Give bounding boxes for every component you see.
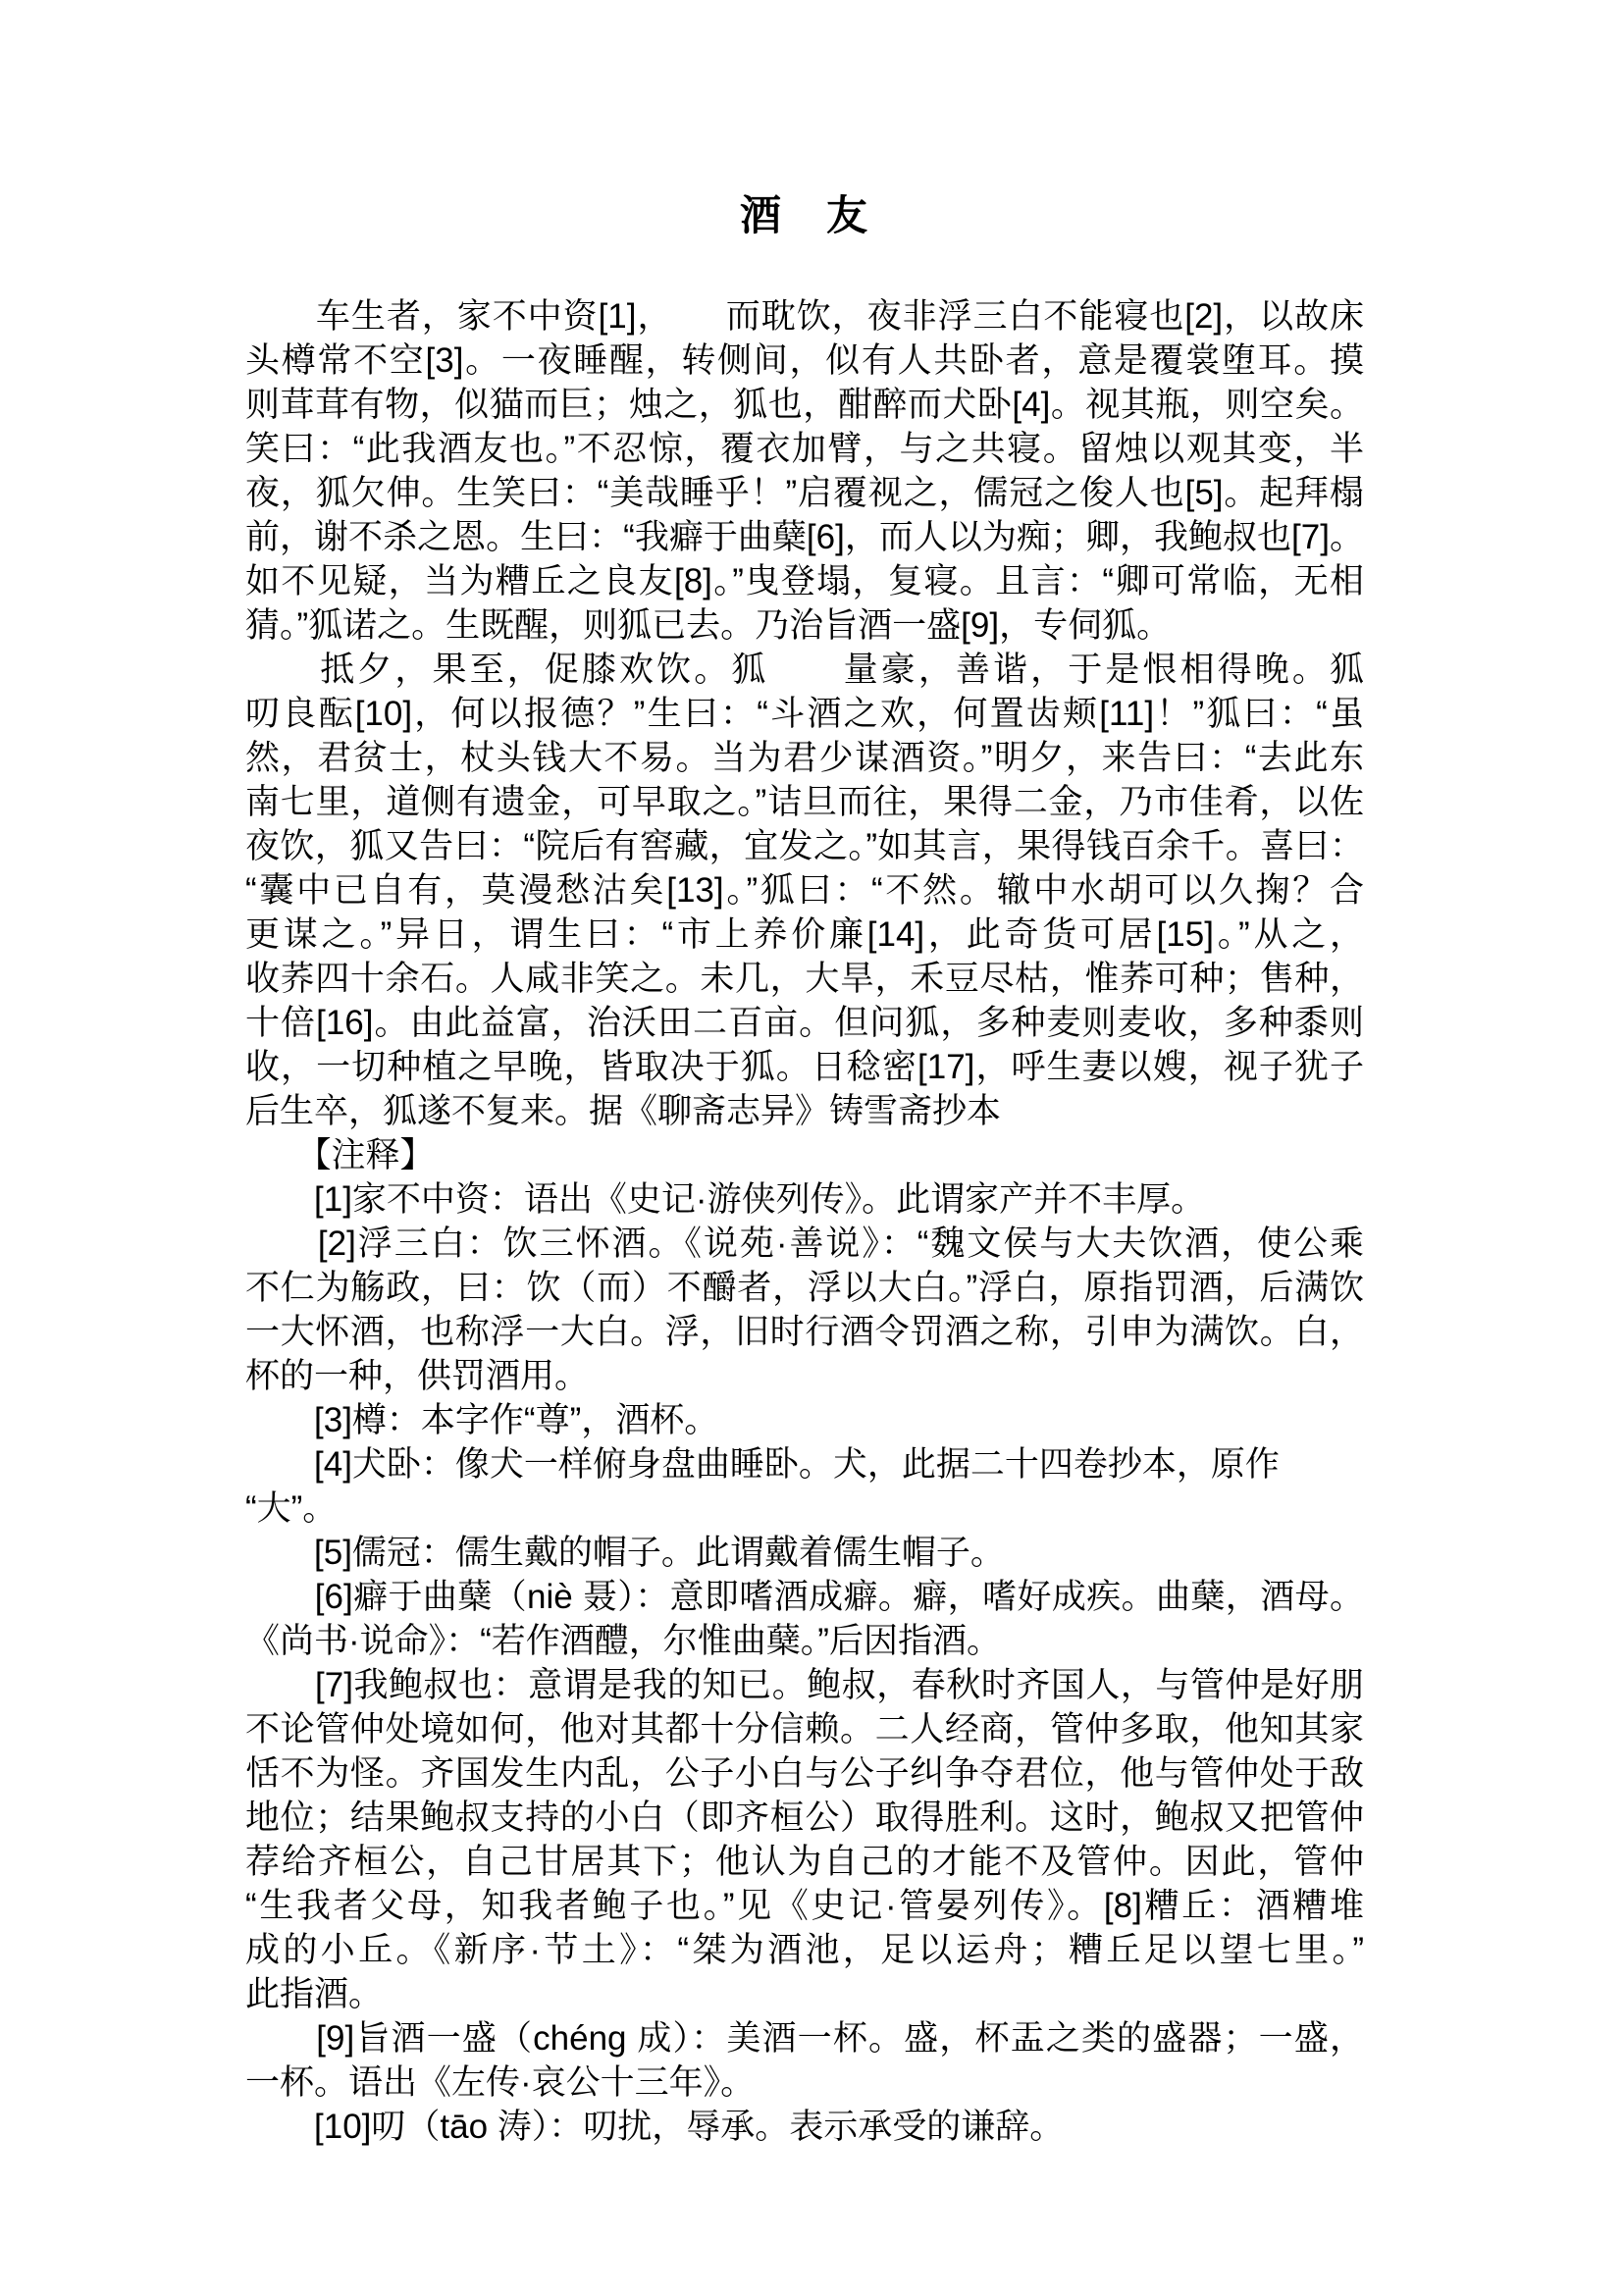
text-line-41: 一杯。语出《左传·哀公十三年》。 xyxy=(245,2060,1364,2105)
text-line-34: 恬不为怪。齐国发生内乱，公子小白与公子纠争夺君位，他与管仲处于敌对 xyxy=(245,1751,1364,1796)
text-line-15: 更谋之。”异日，谓生曰：“市上养价廉[14]，此奇货可居[15]。”从之， xyxy=(245,912,1364,957)
text-line-39: 此指酒。 xyxy=(245,1972,1364,2016)
text-line-29: [5]儒冠：儒生戴的帽子。此谓戴着儒生帽子。 xyxy=(245,1531,1364,1575)
text-line-20: 【注释】 xyxy=(245,1133,1364,1177)
text-line-1: 车生者，家不中资[1]， 而耽饮，夜非浮三白不能寝也[2]，以故床 xyxy=(245,294,1364,339)
text-line-30: [6]癖于曲蘖（niè 聂）：意即嗜酒成癖。癖，嗜好成疾。曲蘖，酒母。 xyxy=(245,1575,1364,1619)
text-line-10: 叨良酝[10]，何以报德？”生曰：“斗酒之欢，何置齿颊[11]！”狐曰：“虽 xyxy=(245,692,1364,736)
text-line-5: 夜，狐欠伸。生笑曰：“美哉睡乎！”启覆视之，儒冠之俊人也[5]。起拜榻 xyxy=(245,471,1364,515)
text-line-7: 如不见疑，当为糟丘之良友[8]。”曳登塌，复寝。且言：“卿可常临，无相 xyxy=(245,559,1364,603)
text-line-14: “囊中已自有，莫漫愁沽矣[13]。”狐曰：“不然。辙中水胡可以久掬？合 xyxy=(245,868,1364,912)
text-line-13: 夜饮，狐又告曰：“院后有窖藏，宜发之。”如其言，果得钱百余千。喜曰： xyxy=(245,824,1364,868)
text-line-2: 头樽常不空[3]。一夜睡醒，转侧间，似有人共卧者，意是覆裳堕耳。摸之， xyxy=(245,339,1364,383)
text-line-3: 则茸茸有物，似猫而巨；烛之，狐也，酣醉而犬卧[4]。视其瓶，则空矣。因 xyxy=(245,383,1364,427)
text-line-37: “生我者父母，知我者鲍子也。”见《史记·管晏列传》。[8]糟丘：酒糟堆 xyxy=(245,1884,1364,1928)
text-line-4: 笑曰：“此我酒友也。”不忍惊，覆衣加臂，与之共寝。留烛以观其变，半 xyxy=(245,427,1364,471)
text-line-25: 杯的一种，供罚酒用。 xyxy=(245,1354,1364,1398)
text-line-19: 后生卒，狐遂不复来。据《聊斋志异》铸雪斋抄本 xyxy=(245,1089,1364,1133)
text-line-40: [9]旨酒一盛（chéng 成）：美酒一杯。盛，杯盂之类的盛器；一盛，犹 xyxy=(245,2016,1364,2060)
document-page: 酒 友 车生者，家不中资[1]， 而耽饮，夜非浮三白不能寝也[2]，以故床头樽常… xyxy=(0,0,1624,2294)
text-line-26: [3]樽：本字作“尊”，酒杯。 xyxy=(245,1398,1364,1442)
text-line-24: 一大怀酒，也称浮一大白。浮，旧时行酒令罚酒之称，引申为满饮。白，酒 xyxy=(245,1310,1364,1354)
text-line-32: [7]我鲍叔也：意谓是我的知已。鲍叔，春秋时齐国人，与管仲是好朋友。 xyxy=(245,1663,1364,1707)
document-title: 酒 友 xyxy=(245,192,1364,239)
text-line-6: 前，谢不杀之恩。生曰：“我癖于曲蘖[6]，而人以为痴；卿，我鲍叔也[7]。 xyxy=(245,515,1364,559)
text-line-9: 抵夕，果至，促膝欢饮。狐 量豪，善谐，于是恨相得晚。狐曰：“屡 xyxy=(245,648,1364,692)
text-line-42: [10]叨（tāo 涛）：叨扰，辱承。表示承受的谦辞。 xyxy=(245,2105,1364,2149)
text-line-18: 收，一切种植之早晚，皆取决于狐。日稔密[17]，呼生妻以嫂，视子犹子焉。 xyxy=(245,1045,1364,1089)
text-line-35: 地位；结果鲍叔支持的小白（即齐桓公）取得胜利。这时，鲍叔又把管仲推 xyxy=(245,1796,1364,1840)
text-line-22: [2]浮三白：饮三怀酒。《说苑·善说》：“魏文侯与大夫饮酒，使公乘 xyxy=(245,1222,1364,1266)
text-line-36: 荐给齐桓公，自己甘居其下；他认为自己的才能不及管仲。因此，管仲说： xyxy=(245,1840,1364,1884)
text-line-12: 南七里，道侧有遗金，可早取之。”诘旦而往，果得二金，乃市佳肴，以佐 xyxy=(245,780,1364,824)
text-line-17: 十倍[16]。由此益富，治沃田二百亩。但问狐，多种麦则麦收，多种黍则黍 xyxy=(245,1001,1364,1045)
text-line-23: 不仁为觞政，曰：饮（而）不釂者，浮以大白。”浮白，原指罚酒，后满饮 xyxy=(245,1266,1364,1310)
text-line-27: [4]犬卧：像犬一样俯身盘曲睡卧。犬，此据二十四卷抄本，原作 xyxy=(245,1442,1364,1486)
text-line-33: 不论管仲处境如何，他对其都十分信赖。二人经商，管仲多取，他知其家贫， xyxy=(245,1707,1364,1751)
text-line-11: 然，君贫士，杖头钱大不易。当为君少谋酒资。”明夕，来告曰：“去此东 xyxy=(245,736,1364,780)
document-body: 车生者，家不中资[1]， 而耽饮，夜非浮三白不能寝也[2]，以故床头樽常不空[3… xyxy=(245,294,1364,2149)
text-line-16: 收荞四十余石。人咸非笑之。未几，大旱，禾豆尽枯，惟荞可种；售种，息 xyxy=(245,957,1364,1001)
text-line-38: 成的小丘。《新序·节土》：“桀为酒池，足以运舟；糟丘足以望七里。” xyxy=(245,1928,1364,1972)
text-line-28: “大”。 xyxy=(245,1486,1364,1531)
text-line-8: 猜。”狐诺之。生既醒，则狐已去。乃治旨酒一盛[9]，专伺狐。 xyxy=(245,603,1364,648)
text-line-31: 《尚书·说命》：“若作酒醴，尔惟曲蘖。”后因指酒。 xyxy=(245,1619,1364,1663)
text-line-21: [1]家不中资：语出《史记·游侠列传》。此谓家产并不丰厚。 xyxy=(245,1177,1364,1222)
